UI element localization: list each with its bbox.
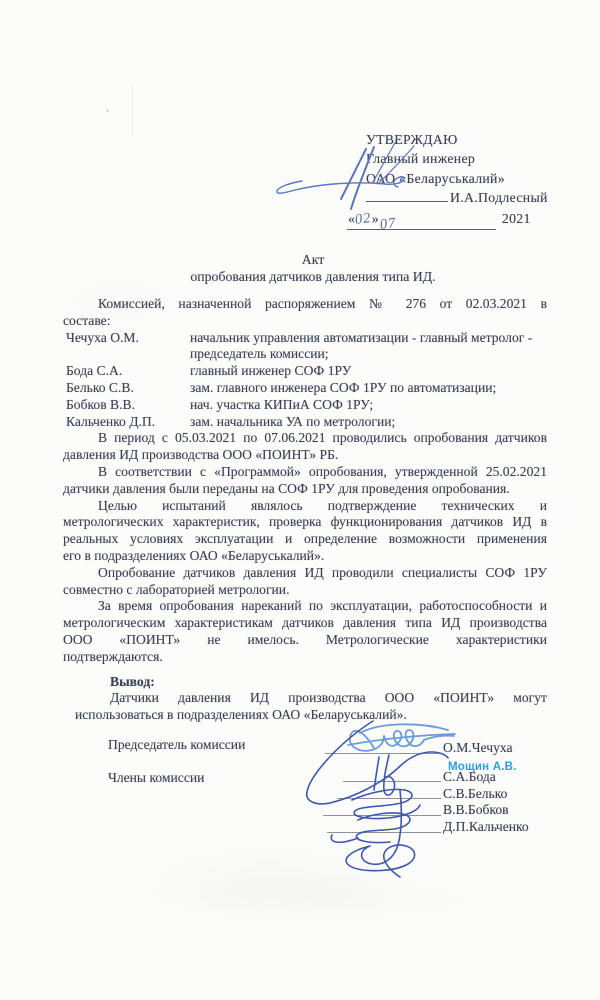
- approver-name: И.А.Подлесный: [450, 190, 548, 205]
- body-line: датчики давления были переданы на СОФ 1Р…: [63, 481, 547, 498]
- body-line: ООО «ПОИНТ» не имелось. Метрологические …: [63, 632, 547, 649]
- body-line: его в подразделениях ОАО «Беларуськалий»…: [63, 548, 547, 565]
- conclusion-line: использоваться в подразделениях ОАО «Бел…: [75, 707, 547, 724]
- role-line: начальник управления автоматизации - гла…: [190, 330, 547, 347]
- chairman-name: О.М.Чечуха: [443, 740, 513, 756]
- title-line-1: Акт: [26, 251, 600, 268]
- role-line: главный инженер СОФ 1РУ: [190, 363, 547, 380]
- scanned-document-page: УТВЕРЖДАЮ Главный инженер ОАО «Беларуськ…: [0, 0, 600, 1000]
- commission-member-name: Бобков В.В.: [63, 397, 190, 414]
- body-line: Комиссией, назначенной распоряжением № 2…: [63, 296, 547, 313]
- member-name: Д.П.Кальченко: [443, 819, 529, 835]
- member-signature-line: [343, 781, 441, 782]
- body-line: Целью испытаний являлось подтверждение т…: [63, 498, 547, 515]
- chairman-pen-signature: [348, 724, 455, 750]
- body-line: совместно с лабораторией метрологии.: [63, 582, 547, 599]
- approver-signature-line: И.А.Подлесный: [366, 188, 548, 207]
- scan-artifact-dot: [106, 109, 109, 112]
- approval-date-line: «02»072021: [347, 209, 548, 228]
- commission-row: Бода С.А.главный инженер СОФ 1РУ: [63, 363, 547, 380]
- handwritten-month: 07: [379, 214, 398, 235]
- date-month-underline: 07: [380, 214, 496, 230]
- commission-member-name: Чечуха О.М.: [63, 330, 190, 364]
- document-title: Акт опробования датчиков давления типа И…: [0, 251, 600, 285]
- commission-member-role: зам. начальника УА по метрологии;: [190, 414, 547, 431]
- commission-member-name: Кальченко Д.П.: [63, 414, 190, 431]
- role-line: зам. начальника УА по метрологии;: [190, 414, 547, 431]
- body-line: В период с 05.03.2021 по 07.06.2021 пров…: [63, 430, 547, 447]
- conclusion-lines: Датчики давления ИД производства ООО «ПО…: [75, 690, 547, 724]
- approver-org: ОАО «Беларуськалий»: [366, 169, 548, 188]
- chairman-signature-line: [325, 753, 443, 754]
- chairman-label: Председатель комиссии: [108, 737, 245, 753]
- body-line: составе:: [63, 313, 547, 330]
- approval-label: УТВЕРЖДАЮ: [366, 130, 548, 149]
- conclusion-heading: Вывод:: [75, 673, 547, 690]
- members-pen-signature: [307, 721, 448, 877]
- conclusion-line: Датчики давления ИД производства ООО «ПО…: [75, 690, 547, 707]
- body-line: метрологических характеристик, проверка …: [63, 514, 547, 531]
- commission-row: Бобков В.В.нач. участка КИПиА СОФ 1РУ;: [63, 397, 547, 414]
- approver-title: Главный инженер: [366, 149, 548, 168]
- commission-row: Белько С.В.зам. главного инженера СОФ 1Р…: [63, 380, 547, 397]
- body-line: За время опробования нареканий по эксплу…: [63, 598, 547, 615]
- quote-close: »: [372, 211, 379, 226]
- member-signature-line: [337, 798, 441, 799]
- approval-block: УТВЕРЖДАЮ Главный инженер ОАО «Беларуськ…: [366, 130, 548, 228]
- date-year: 2021: [502, 211, 531, 226]
- role-line: зам. главного инженера СОФ 1РУ по автома…: [190, 380, 547, 397]
- member-signature-line: [327, 832, 441, 833]
- commission-member-name: Бода С.А.: [63, 363, 190, 380]
- body-line: подтверждаются.: [63, 649, 547, 666]
- body-line: реальных условиях эксплуатации и определ…: [63, 531, 547, 548]
- commission-member-role: нач. участка КИПиА СОФ 1РУ;: [190, 397, 547, 414]
- commission-member-role: зам. главного инженера СОФ 1РУ по автома…: [190, 380, 547, 397]
- body-line: давления ИД производства ООО «ПОИНТ» РБ.: [63, 447, 547, 464]
- member-name: С.А.Бода: [443, 769, 496, 785]
- signature-underline: [366, 188, 448, 202]
- handwritten-day: 02: [354, 209, 373, 230]
- members-label: Члены комиссии: [108, 770, 204, 786]
- commission-row: Чечуха О.М.начальник управления автомати…: [63, 330, 547, 364]
- commission-member-name: Белько С.В.: [63, 380, 190, 397]
- title-line-2: опробования датчиков давления типа ИД.: [26, 268, 600, 285]
- commission-member-role: главный инженер СОФ 1РУ: [190, 363, 547, 380]
- commission-member-role: начальник управления автоматизации - гла…: [190, 330, 547, 364]
- body-line: Опробование датчиков давления ИД проводи…: [63, 565, 547, 582]
- commission-row: Кальченко Д.П.зам. начальника УА по метр…: [63, 414, 547, 431]
- role-line: председатель комиссии;: [190, 346, 547, 363]
- body-line: метрологическим характеристикам датчиков…: [63, 615, 547, 632]
- body-line: В соответствии с «Программой» опробовани…: [63, 464, 547, 481]
- member-name: С.В.Белько: [443, 786, 507, 802]
- member-signature-line: [323, 815, 441, 816]
- role-line: нач. участка КИПиА СОФ 1РУ;: [190, 397, 547, 414]
- document-body: Комиссией, назначенной распоряжением № 2…: [63, 296, 547, 666]
- date-day-group: «02»: [347, 209, 380, 230]
- scan-artifact-line: [132, 84, 133, 136]
- conclusion-section: Вывод: Датчики давления ИД производства …: [75, 673, 547, 724]
- member-name: В.В.Бобков: [443, 802, 509, 818]
